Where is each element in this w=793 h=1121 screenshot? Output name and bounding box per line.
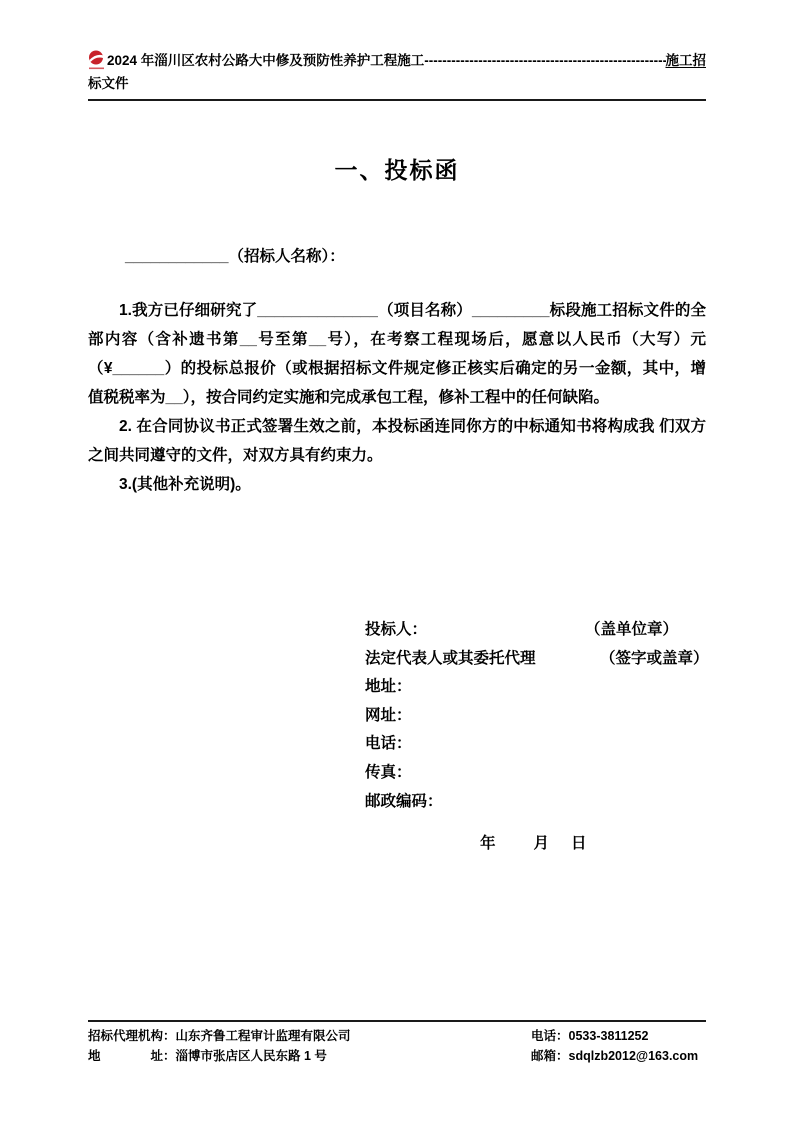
- paragraph-2: 2. 在合同协议书正式签署生效之前，本投标函连同你方的中标通知书将构成我 们双方…: [88, 412, 706, 470]
- signature-row-postcode: 邮政编码：: [365, 788, 710, 817]
- bidder-seal-note: （盖单位章）: [585, 616, 678, 645]
- bidder-label: 投标人：: [365, 616, 585, 645]
- phone-label: 电话：: [365, 730, 412, 759]
- header-doc-type-part2: 标文件: [88, 72, 706, 95]
- address-label: 地址：: [365, 673, 412, 702]
- signature-row-phone: 电话：: [365, 730, 710, 759]
- tenderee-name-blank: ____________: [125, 248, 228, 265]
- footer-agency-value: 山东齐鲁工程审计监理有限公司: [176, 1029, 351, 1043]
- postcode-label: 邮政编码：: [365, 788, 443, 817]
- paragraph-1: 1.我方已仔细研究了______________（项目名称）_________标…: [88, 296, 706, 412]
- footer-phone: 电话：0533-3811252: [531, 1026, 648, 1046]
- tenderee-name-label: （招标人名称）：: [228, 248, 344, 265]
- date-year-label: 年: [480, 835, 496, 852]
- paragraph-3: 3.(其他补充说明)。: [88, 470, 706, 499]
- footer-address-value: 淄博市张店区人民东路 1 号: [176, 1049, 327, 1063]
- website-label: 网址：: [365, 702, 412, 731]
- header-line-1: 2024 年淄川区农村公路大中修及预防性养护工程施工 -------------…: [88, 49, 706, 72]
- footer-row-2: 地 址：淄博市张店区人民东路 1 号 邮箱：sdqlzb2012@163.com: [88, 1046, 706, 1066]
- signature-row-website: 网址：: [365, 702, 710, 731]
- salutation-line: ____________（招标人名称）：: [88, 244, 706, 266]
- fax-label: 传真：: [365, 759, 412, 788]
- footer-agency: 招标代理机构：山东齐鲁工程审计监理有限公司: [88, 1026, 531, 1046]
- footer-phone-label: 电话：: [531, 1029, 569, 1043]
- footer-address-label: 地 址：: [88, 1049, 176, 1063]
- document-title: 一、投标函: [88, 152, 706, 185]
- footer-phone-value: 0533-3811252: [569, 1029, 649, 1043]
- page-footer: 招标代理机构：山东齐鲁工程审计监理有限公司 电话：0533-3811252 地 …: [88, 1020, 706, 1066]
- brand-logo-icon: [88, 50, 105, 72]
- representative-label: 法定代表人或其委托代理: [365, 645, 600, 674]
- signature-row-bidder: 投标人： （盖单位章）: [365, 616, 710, 645]
- header-doc-type-part1: 施工招: [666, 49, 707, 72]
- header-dash-leader: ----------------------------------------…: [424, 49, 665, 72]
- page-header: 2024 年淄川区农村公路大中修及预防性养护工程施工 -------------…: [88, 49, 706, 101]
- date-day-label: 日: [571, 835, 587, 852]
- footer-email-value: sdqlzb2012@163.com: [569, 1049, 699, 1063]
- signature-row-address: 地址：: [365, 673, 710, 702]
- footer-row-1: 招标代理机构：山东齐鲁工程审计监理有限公司 电话：0533-3811252: [88, 1026, 706, 1046]
- footer-agency-label: 招标代理机构：: [88, 1029, 176, 1043]
- header-title: 2024 年淄川区农村公路大中修及预防性养护工程施工: [107, 49, 424, 72]
- date-month-label: 月: [534, 835, 550, 852]
- date-line: 年月日: [480, 831, 587, 853]
- footer-address: 地 址：淄博市张店区人民东路 1 号: [88, 1046, 531, 1066]
- signature-block: 投标人： （盖单位章） 法定代表人或其委托代理 （签字或盖章） 地址： 网址： …: [365, 616, 710, 816]
- letter-body: 1.我方已仔细研究了______________（项目名称）_________标…: [88, 296, 706, 499]
- footer-email: 邮箱：sdqlzb2012@163.com: [531, 1046, 698, 1066]
- signature-row-fax: 传真：: [365, 759, 710, 788]
- signature-row-representative: 法定代表人或其委托代理 （签字或盖章）: [365, 645, 710, 674]
- tender-document-page: 2024 年淄川区农村公路大中修及预防性养护工程施工 -------------…: [0, 0, 793, 1121]
- footer-email-label: 邮箱：: [531, 1049, 569, 1063]
- representative-sign-note: （签字或盖章）: [600, 645, 709, 674]
